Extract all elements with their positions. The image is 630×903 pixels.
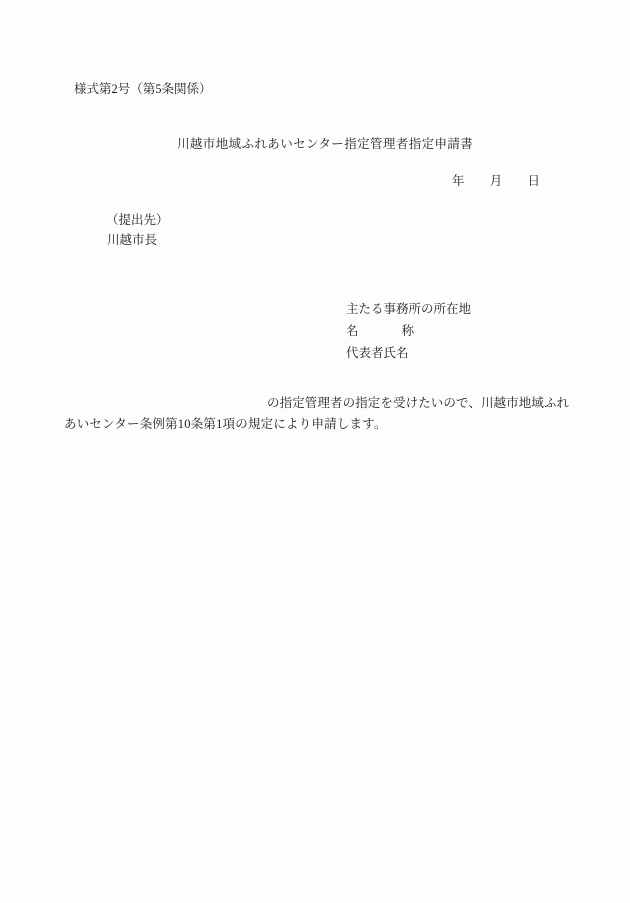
name-label-left: 名 [346,324,359,338]
date-line: 年 月 日 [452,174,540,188]
application-form-page: 様式第2号（第5条関係） 川越市地域ふれあいセンター指定管理者指定申請書 年 月… [0,0,630,903]
representative-name-label: 代表者氏名 [346,346,409,360]
recipient-name: 川越市長 [107,233,157,247]
body-text-line-2: あいセンター条例第10条第1項の規定により申請します。 [64,417,387,431]
name-label-right: 称 [401,324,414,338]
recipient-label: （提出先） [106,213,169,227]
document-title: 川越市地域ふれあいセンター指定管理者指定申請書 [177,137,473,151]
year-label: 年 [452,174,465,188]
organization-name-label: 名 称 [346,324,414,338]
form-number: 様式第2号（第5条関係） [74,82,212,96]
day-label: 日 [527,174,540,188]
office-address-label: 主たる事務所の所在地 [346,302,471,316]
body-text-line-1: の指定管理者の指定を受けたいので、川越市地域ふれ [267,396,569,410]
month-label: 月 [490,174,503,188]
